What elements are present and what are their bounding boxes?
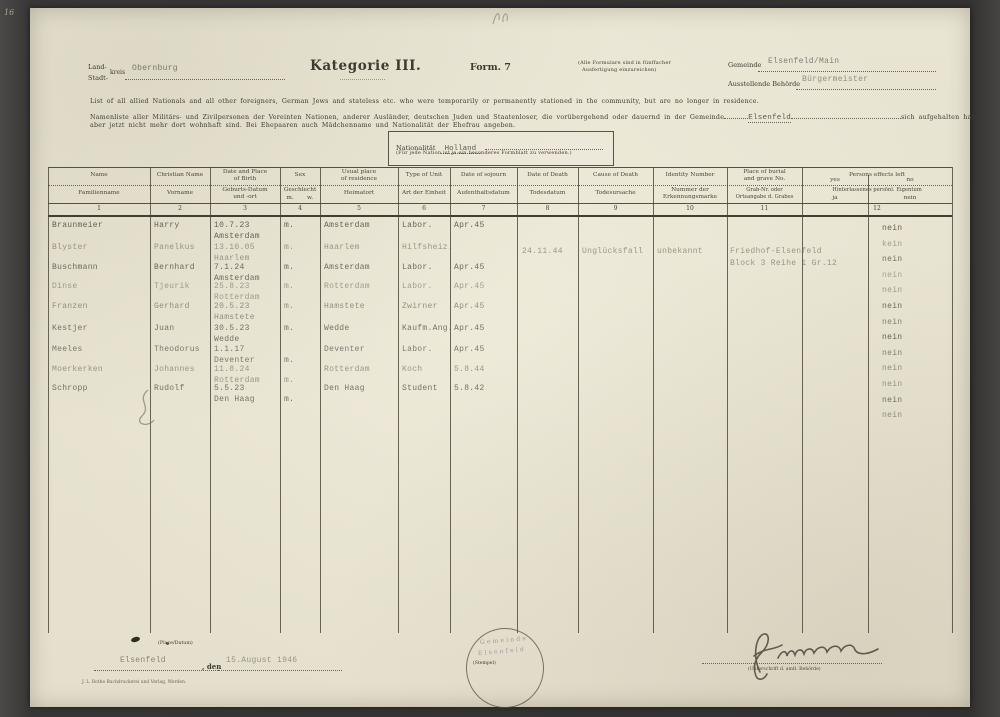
form-paper: Land- Stadt- kreis Obernburg Kategorie I… — [30, 8, 970, 707]
intro-german-line1: Namenliste aller Militärs- und Zivilpers… — [90, 111, 986, 122]
cell-sex: m. — [284, 324, 294, 333]
cell-given-name: Harry — [154, 221, 180, 230]
column-header-de-sub: nein — [868, 195, 952, 202]
cell-effects: nein — [882, 286, 902, 295]
behoerde-label: Ausstellende Behörde — [728, 80, 800, 88]
kreis-underline-2 — [340, 78, 385, 80]
column-header-de-sub: ja — [802, 195, 868, 202]
cell-residence: Hamstete — [324, 302, 365, 311]
table-column-rule — [398, 167, 399, 633]
cell-residence: Deventer — [324, 345, 365, 354]
stadt-label: Stadt- — [88, 74, 108, 82]
column-header-de: Geschlecht — [280, 187, 320, 194]
table-column-rule — [210, 167, 211, 633]
cell-unit: Hilfsheiz. — [402, 243, 453, 252]
column-header-en: of Birth — [210, 176, 280, 183]
cell-effects: nein — [882, 318, 902, 327]
cell-effects: nein — [882, 364, 902, 373]
cell-residence: Rotterdam — [324, 282, 370, 291]
cell-sex: m. — [284, 376, 294, 385]
cell-effects: nein — [882, 302, 902, 311]
cell-family-name: Moerkerken — [52, 365, 103, 374]
cell-birth-place: Haarlem — [214, 254, 250, 263]
place-value: Elsenfeld — [120, 656, 166, 665]
column-header-de: Erkennungsmarke — [653, 194, 727, 201]
cell-family-name: Franzen — [52, 302, 88, 311]
cell-birth-date: 30.5.23 — [214, 324, 250, 333]
intro-dots-1 — [724, 111, 748, 119]
cell-family-name: Braunmeier — [52, 221, 103, 230]
cell-birth-date: 10.7.23 — [214, 221, 250, 230]
column-header-de-sub: m. — [280, 195, 300, 202]
cell-family-name: Kestjer — [52, 324, 88, 333]
cell-birth-place: Amsterdam — [214, 232, 260, 241]
cell-effects: kein — [882, 240, 902, 249]
signature-label: (Unterschrift d. amtl. Behörde) — [748, 667, 821, 672]
place-date-label: (Place/Datum) — [158, 641, 193, 646]
land-label: Land- — [88, 63, 107, 71]
pencil-mark-top — [490, 8, 516, 28]
cell-effects: nein — [882, 271, 902, 280]
cell-given-name: Johannes — [154, 365, 195, 374]
cell-residence: Wedde — [324, 324, 350, 333]
nationality-note: (Für jede Nation ist je ein besonderes F… — [396, 150, 572, 156]
column-header-en: Cause of Death — [578, 172, 653, 179]
kreis-value: Obernburg — [132, 64, 178, 73]
cell-effects: nein — [882, 396, 902, 405]
column-header-de: Nummer der — [653, 187, 727, 194]
intro-german-part1: Namenliste aller Militärs- und Zivilpers… — [90, 114, 724, 121]
cell-sojourn: Apr.45 — [454, 324, 485, 333]
cell-effects: nein — [882, 224, 902, 233]
cell-given-name: Tjeurik — [154, 282, 190, 291]
cell-sojourn: Apr.45 — [454, 345, 485, 354]
cell-given-name: Juan — [154, 324, 174, 333]
table-header-bottom-rule — [48, 215, 952, 217]
column-number: 1 — [48, 205, 150, 212]
copies-note-line1: (Alle Formulare sind in fünffacher — [578, 60, 671, 66]
cell-sex: m. — [284, 282, 294, 291]
column-number: 10 — [653, 205, 727, 212]
cell-death-cause-2: unbekannt — [657, 247, 703, 256]
cell-family-name: Schropp — [52, 384, 88, 393]
cell-birth-date: 1.1.17 — [214, 345, 245, 354]
column-header-en-sub: no — [868, 177, 952, 184]
column-header-de: Hinterlassenes persönl. Eigentum — [802, 187, 952, 194]
form-number: Form. 7 — [470, 62, 511, 73]
ink-blob — [131, 636, 141, 643]
signature-underline — [702, 662, 882, 664]
intro-english: List of all allied Nationals and all oth… — [90, 98, 759, 105]
cell-birth-date: 7.1.24 — [214, 263, 245, 272]
column-number: 3 — [210, 205, 280, 212]
column-header-en: and grave No. — [727, 176, 802, 183]
cell-burial-place: Friedhof-Elsenfeld — [730, 247, 822, 256]
behoerde-underline — [796, 88, 936, 90]
cell-family-name: Blyster — [52, 243, 88, 252]
cell-sex: m. — [284, 356, 294, 365]
cell-birth-place: Wedde — [214, 335, 240, 344]
column-header-en: Name — [48, 172, 150, 179]
gemeinde-underline — [758, 70, 936, 72]
cell-residence: Amsterdam — [324, 263, 370, 272]
column-number: 4 — [280, 205, 320, 212]
column-header-en-sub: yes — [802, 177, 868, 184]
cell-birth-place: Hamstete — [214, 313, 255, 322]
column-number: 8 — [517, 205, 578, 212]
intro-dots-2 — [791, 111, 901, 119]
column-header-en: Identity Number — [653, 172, 727, 179]
column-header-de: Familienname — [48, 190, 150, 197]
column-header-de: und -ort — [210, 194, 280, 201]
table-column-rule — [727, 167, 728, 633]
table-column-rule — [952, 167, 953, 633]
column-header-en: Date of sojourn — [450, 172, 517, 179]
cell-residence: Amsterdam — [324, 221, 370, 230]
cell-sex: m. — [284, 395, 294, 404]
cell-sojourn: Apr.45 — [454, 282, 485, 291]
column-number: 9 — [578, 205, 653, 212]
form-title: Kategorie III. — [310, 58, 421, 74]
gemeinde-value: Elsenfeld/Main — [768, 57, 839, 66]
column-number: 5 — [320, 205, 398, 212]
cell-unit: Koch — [402, 365, 422, 374]
column-header-de: Geburts-Datum — [210, 187, 280, 194]
column-header-de-sub: w. — [300, 195, 320, 202]
date-value: 15.August 1946 — [226, 656, 297, 665]
intro-german-line2: aber jetzt nicht mehr dort wohnhaft sind… — [90, 122, 515, 129]
cell-birth-place: Den Haag — [214, 395, 255, 404]
cell-sojourn: Apr.45 — [454, 302, 485, 311]
cell-effects: nein — [882, 255, 902, 264]
cell-unit: Labor. — [402, 263, 433, 272]
column-header-en: Type of Unit — [398, 172, 450, 179]
behoerde-value: Bürgermeister — [802, 75, 868, 84]
table-column-rule — [653, 167, 654, 633]
gemeinde-label: Gemeinde — [728, 61, 761, 69]
cell-sojourn: Apr.45 — [454, 221, 485, 230]
table-column-rule — [320, 167, 321, 633]
column-number: 11 — [727, 205, 802, 212]
cell-birth-date: 25.8.23 — [214, 282, 250, 291]
printer-credit: J. L. Rothe Buchdruckerei und Verlag, We… — [82, 680, 186, 685]
cell-birth-place: Rotterdam — [214, 293, 260, 302]
column-header-de: Art der Einheit — [398, 190, 450, 197]
cell-birth-date: 13.10.05 — [214, 243, 255, 252]
table-header-dotted-rule — [48, 184, 952, 186]
column-number: 6 — [398, 205, 450, 212]
table-column-rule — [450, 167, 451, 633]
cell-given-name: Bernhard — [154, 263, 195, 272]
column-header-de: Vorname — [150, 190, 210, 197]
cell-birth-date: 11.8.24 — [214, 365, 250, 374]
cell-effects: nein — [882, 411, 902, 420]
cell-sex: m. — [284, 302, 294, 311]
cell-sojourn: 5.8.44 — [454, 365, 485, 374]
cell-birth-date: 20.5.23 — [214, 302, 250, 311]
table-mid-rule — [48, 203, 952, 204]
copies-note-line2: Ausfertigung einzureichen) — [582, 67, 657, 73]
cell-residence: Rotterdam — [324, 365, 370, 374]
column-header-de: Ortsangabe d. Grabes — [727, 194, 802, 201]
corner-annotation: 16 — [4, 8, 14, 17]
kreis-underline — [125, 78, 285, 80]
cell-family-name: Buschmann — [52, 263, 98, 272]
date-underline — [218, 669, 342, 671]
column-header-de: Heimatort — [320, 190, 398, 197]
column-header-en: Place of burial — [727, 169, 802, 176]
cell-given-name: Panelkus — [154, 243, 195, 252]
column-header-de: Todesursache — [578, 190, 653, 197]
cell-death-cause: Unglücksfall — [582, 247, 643, 256]
column-header-en: Date and Place — [210, 169, 280, 176]
cell-unit: Labor. — [402, 221, 433, 230]
table-column-rule — [517, 167, 518, 633]
cell-unit: Kaufm.Ang. — [402, 324, 453, 333]
scan-background: 16 Land- Stadt- kreis Obernburg Kategori… — [0, 0, 1000, 717]
column-header-en: of residence — [320, 176, 398, 183]
intro-german-part2: sich aufgehalten haben, — [901, 114, 986, 121]
column-header-de: Aufenthaltsdatum — [450, 190, 517, 197]
cell-unit: Labor. — [402, 345, 433, 354]
stamp-label: (Stempel) — [473, 661, 496, 666]
ink-speck — [166, 642, 169, 645]
column-number: 2 — [150, 205, 210, 212]
cell-effects: nein — [882, 333, 902, 342]
signature-handwriting — [732, 626, 892, 684]
cell-birth-date: 5.5.23 — [214, 384, 245, 393]
table-column-rule — [578, 167, 579, 633]
cell-residence: Haarlem — [324, 243, 360, 252]
cell-given-name: Gerhard — [154, 302, 190, 311]
cell-unit: Zwirner — [402, 302, 438, 311]
column-number: 7 — [450, 205, 517, 212]
table-column-rule — [802, 167, 803, 633]
column-header-en: Usual place — [320, 169, 398, 176]
column-header-en: Date of Death — [517, 172, 578, 179]
cell-sex: m. — [284, 263, 294, 272]
cell-sex: m. — [284, 221, 294, 230]
cell-sojourn: Apr.45 — [454, 263, 485, 272]
column-number: 12 — [802, 205, 952, 212]
pencil-flourish — [118, 386, 168, 436]
intro-gemeinde-value: Elsenfeld — [748, 114, 791, 123]
column-header-de: Grab-Nr. oder — [727, 187, 802, 194]
cell-effects: nein — [882, 349, 902, 358]
table-subcolumn-rule — [868, 175, 869, 633]
cell-residence: Den Haag — [324, 384, 365, 393]
cell-burial-grave: Block 3 Reihe 1 Gr.12 — [730, 259, 837, 268]
column-header-en: Sex — [280, 172, 320, 179]
cell-family-name: Meeles — [52, 345, 83, 354]
nationality-dots — [485, 142, 603, 150]
cell-sex: m. — [284, 243, 294, 252]
cell-death-date: 24.11.44 — [522, 247, 563, 256]
cell-unit: Labor. — [402, 282, 433, 291]
table-top-rule — [48, 167, 952, 168]
table-column-rule — [280, 167, 281, 633]
nationality-box: Nationalität Holland (Für jede Nation is… — [388, 131, 614, 166]
column-header-en: Christian Name — [150, 172, 210, 179]
column-header-de: Todesdatum — [517, 190, 578, 197]
cell-given-name: Theodorus — [154, 345, 200, 354]
cell-unit: Student — [402, 384, 438, 393]
kreis-label: kreis — [110, 69, 125, 76]
cell-effects: nein — [882, 380, 902, 389]
cell-family-name: Dinse — [52, 282, 78, 291]
cell-birth-place: Deventer — [214, 356, 255, 365]
table-column-rule — [48, 167, 49, 633]
cell-sojourn: 5.8.42 — [454, 384, 485, 393]
